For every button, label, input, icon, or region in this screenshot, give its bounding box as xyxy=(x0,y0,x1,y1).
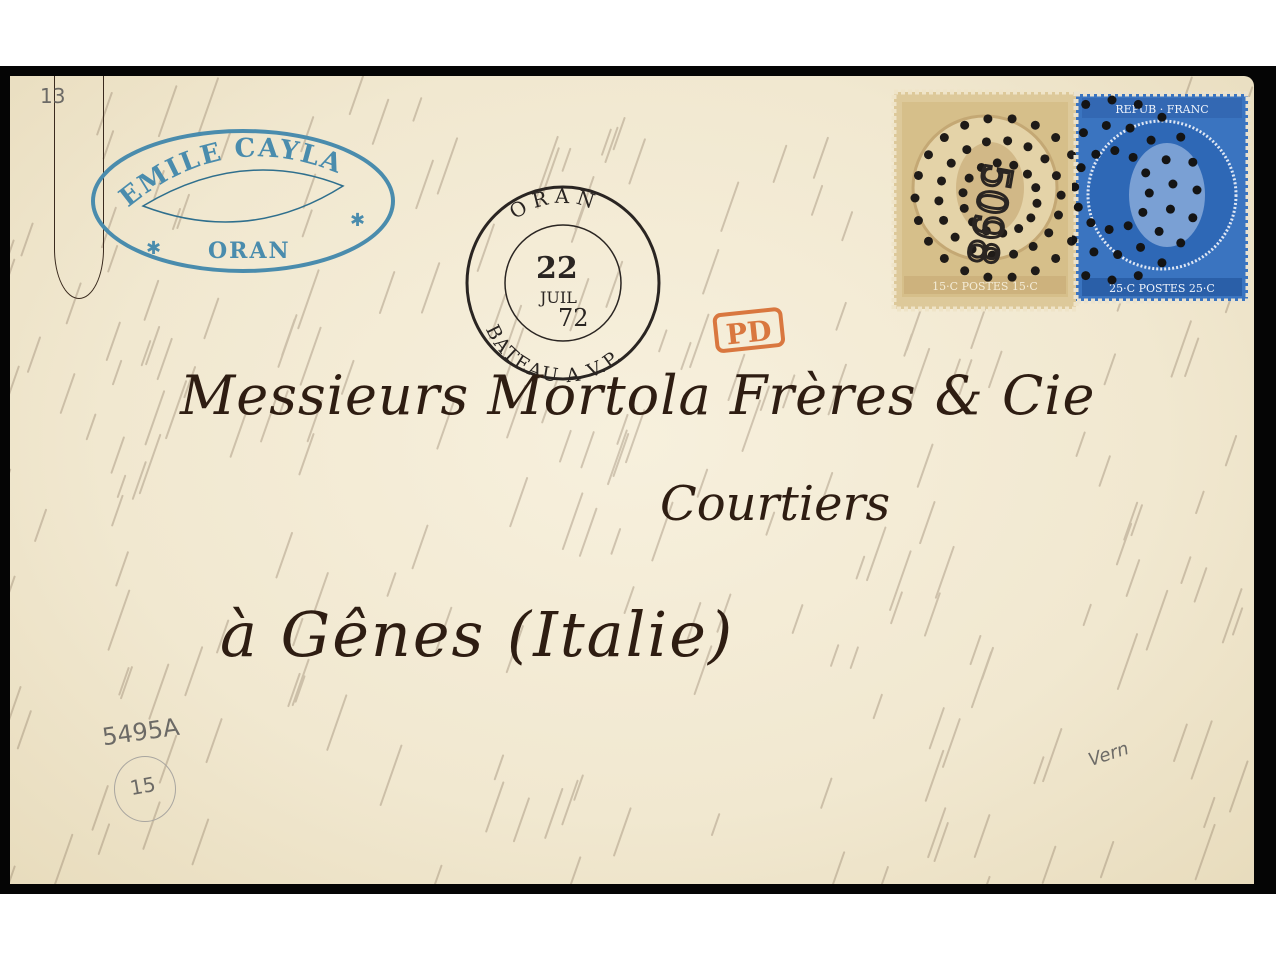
address-city-country: à Gênes (Italie) xyxy=(220,598,734,671)
svg-text:PD: PD xyxy=(725,314,774,352)
star-ornament-icon: ✱ xyxy=(350,210,365,231)
pd-paid-mark: PD xyxy=(710,306,790,356)
circular-date-postmark: ORAN BATEAU A V.P. 22 JUIL 72 xyxy=(458,178,668,388)
svg-text:72: 72 xyxy=(558,304,589,332)
address-occupation: Courtiers xyxy=(660,476,890,532)
svg-text:25·C POSTES 25·C: 25·C POSTES 25·C xyxy=(1109,282,1215,295)
address-recipient: Messieurs Mortola Frères & Cie xyxy=(180,364,1096,427)
svg-text:15·C POSTES 15·C: 15·C POSTES 15·C xyxy=(932,280,1038,293)
svg-text:22: 22 xyxy=(536,251,578,286)
company-handstamp: EMILE CAYLA ORAN ✱ ✱ xyxy=(88,126,398,276)
letter-sheet: 13 EMILE CAYLA ORAN ✱ ✱ ORAN BATEAU A V.… xyxy=(10,76,1254,884)
pencil-note-top-left: 13 xyxy=(40,84,65,108)
stamp-15c-ceres: 15·C POSTES 15·C 5098 xyxy=(890,88,1080,313)
star-ornament-icon: ✱ xyxy=(146,238,161,259)
stamp-25c-ceres: REPUB · FRANC 25·C POSTES 25·C xyxy=(1072,90,1252,305)
svg-text:ORAN: ORAN xyxy=(505,184,604,224)
pencil-circled-number: 15 xyxy=(128,772,157,800)
handstamp-city: ORAN xyxy=(208,238,291,264)
